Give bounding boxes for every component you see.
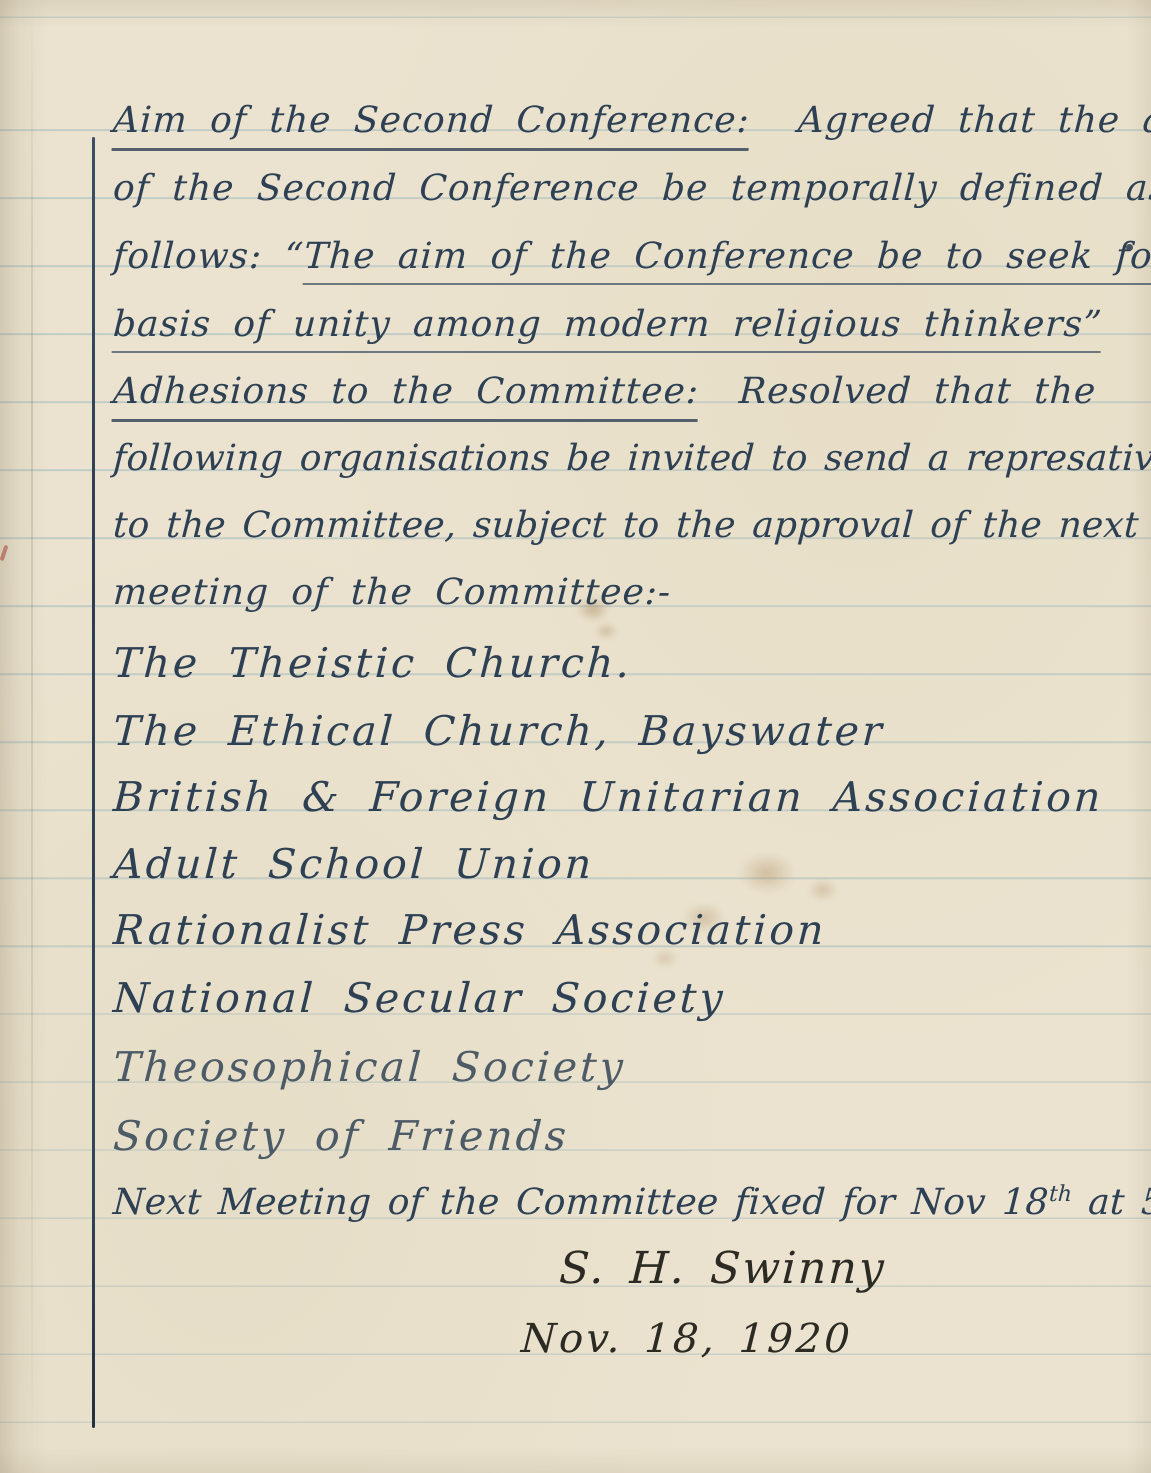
agreed-that-the-aim: Agreed that the aim	[797, 100, 1151, 141]
margin-line	[92, 137, 95, 1428]
quoted-aim-underlined: The aim of the Conference be to seek for…	[303, 236, 1151, 285]
heading-adhesions-underlined: Adhesions to the Committee:	[111, 371, 700, 422]
resolved-that-the: Resolved that the	[738, 371, 1097, 412]
red-edge-mark	[0, 545, 8, 561]
stain	[594, 622, 618, 640]
heading-aim-of-second-conference: Aim of the Second Conference:Agreed that…	[112, 100, 1151, 141]
list-item-british-foreign-unitarian-association: British & Foreign Unitarian Association	[112, 774, 1105, 821]
follows-lead-in: follows: “	[112, 236, 305, 277]
body-line-8: meeting of the Committee:-	[112, 572, 672, 613]
list-item-theosophical-society: Theosophical Society	[112, 1044, 627, 1091]
stain	[808, 878, 838, 902]
list-item-rationalist-press-association: Rationalist Press Association	[112, 907, 828, 954]
signature: S. H. Swinny	[558, 1244, 887, 1295]
list-item-adult-school-union: Adult School Union	[112, 841, 595, 888]
ordinal-superscript: th	[1048, 1182, 1072, 1207]
body-line-7: to the Committee, subject to the approva…	[112, 505, 1140, 546]
minute-book-page: Aim of the Second Conference:Agreed that…	[0, 0, 1151, 1473]
meeting-time-text: at 5.30	[1071, 1182, 1151, 1223]
heading-aim-underlined: Aim of the Second Conference:	[111, 100, 750, 151]
list-item-theistic-church: The Theistic Church.	[112, 640, 633, 687]
next-meeting-text: Next Meeting of the Committee fixed for …	[112, 1182, 1050, 1223]
paper-crease	[31, 0, 33, 1473]
list-item-ethical-church-bayswater: The Ethical Church, Bayswater	[112, 708, 886, 755]
body-line-3: follows: “The aim of the Conference be t…	[112, 236, 1151, 277]
stain	[738, 852, 796, 894]
body-line-6: following organisations be invited to se…	[112, 438, 1151, 479]
body-line-4: basis of unity among modern religious th…	[112, 304, 1104, 345]
list-item-national-secular-society: National Secular Society	[112, 975, 727, 1022]
date-line: Nov. 18, 1920	[520, 1316, 854, 1362]
body-line-2: of the Second Conference be temporally d…	[112, 168, 1151, 209]
heading-adhesions-to-committee: Adhesions to the Committee:Resolved that…	[112, 371, 1097, 412]
next-meeting-line: Next Meeting of the Committee fixed for …	[112, 1182, 1151, 1223]
quoted-aim-continued-underlined: basis of unity among modern religious th…	[112, 304, 1104, 353]
list-item-society-of-friends: Society of Friends	[112, 1113, 570, 1160]
